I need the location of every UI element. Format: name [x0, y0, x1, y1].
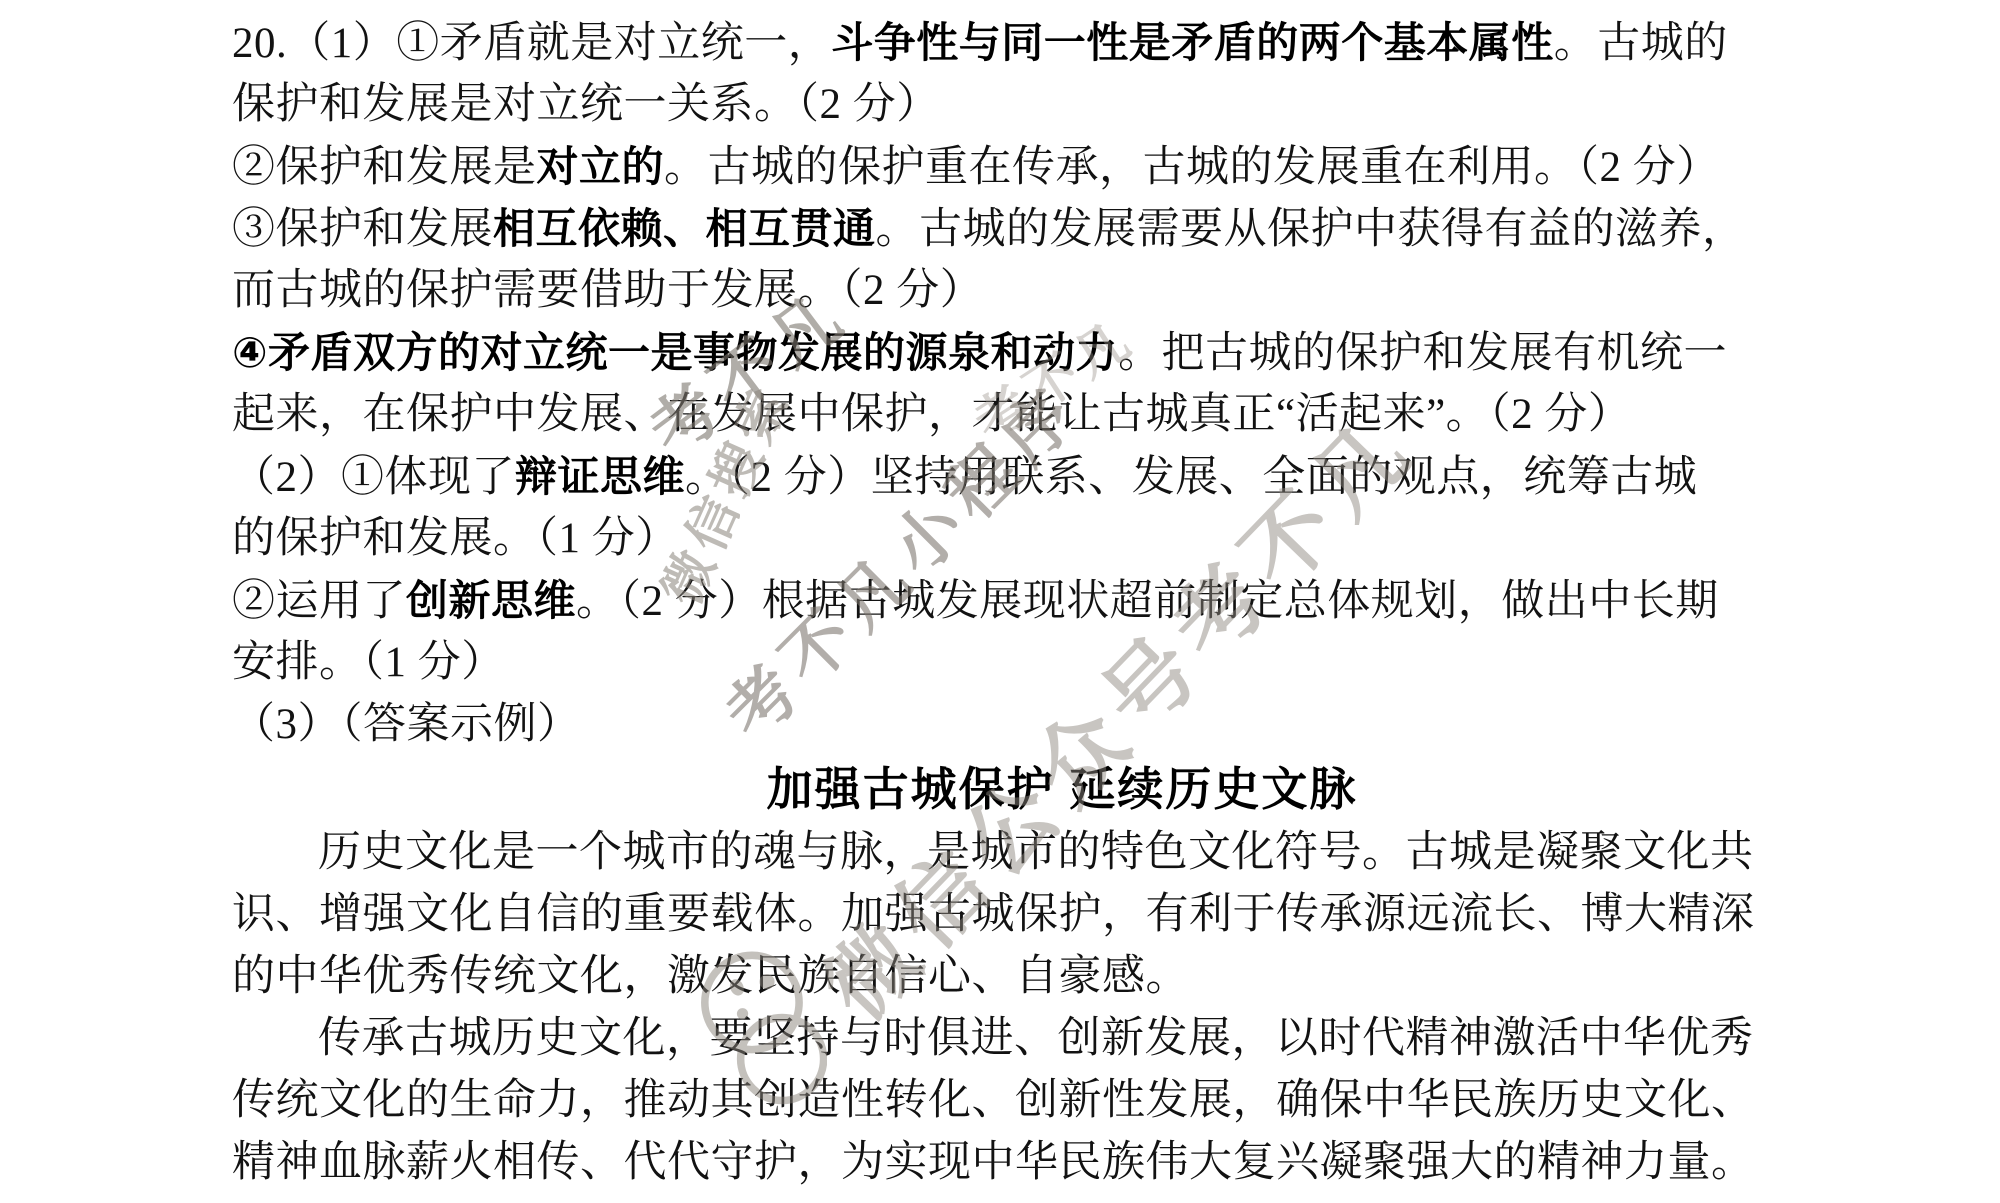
body-text: 传承古城历史文化，要坚持与时俱进、创新发展，以时代精神激活中华优秀: [318, 1015, 1754, 1062]
body-text: 。（2 分）根据古城发展现状超前制定总体规划，做出中长期: [576, 578, 1719, 625]
text-line: 历史文化是一个城市的魂与脉，是城市的特色文化符号。古城是凝聚文化共: [232, 822, 1712, 884]
body-text: 而古城的保护需要借助于发展。（2 分）: [232, 267, 983, 314]
body-text: ③保护和发展: [232, 206, 493, 253]
body-text: ②保护和发展是: [232, 144, 537, 191]
text-line: ④矛盾双方的对立统一是事物发展的源泉和动力。把古城的保护和发展有机统一: [232, 322, 1712, 384]
body-text: ②运用了: [232, 578, 406, 625]
emphasis-text: 加强古城保护 延续历史文脉: [767, 763, 1358, 815]
text-line: （2）①体现了辩证思维。（2 分）坚持用联系、发展、全面的观点，统筹古城: [232, 446, 1712, 508]
body-text: 安排。（1 分）: [232, 639, 505, 686]
text-line: 安排。（1 分）: [232, 632, 1712, 694]
body-text: 起来，在保护中发展、在发展中保护，才能让古城真正“活起来”。（2 分）: [232, 391, 1631, 438]
text-line: ③保护和发展相互依赖、相互贯通。古城的发展需要从保护中获得有益的滋养，: [232, 198, 1712, 260]
answer-essay-title: 加强古城保护 延续历史文脉: [232, 756, 1712, 822]
emphasis-text: 辩证思维: [515, 453, 685, 500]
body-text: 。古城的保护重在传承，古城的发展重在利用。（2 分）: [664, 144, 1720, 191]
document-text: 20.（1）①矛盾就是对立统一，斗争性与同一性是矛盾的两个基本属性。古城的保护和…: [232, 12, 1712, 1194]
emphasis-text: 斗争性与同一性是矛盾的两个基本属性: [831, 19, 1554, 66]
body-text: 。古城的: [1554, 20, 1728, 67]
text-line: 识、增强文化自信的重要载体。加强古城保护，有利于传承源远流长、博大精深: [232, 884, 1712, 946]
text-line: 的保护和发展。（1 分）: [232, 508, 1712, 570]
body-text: 。古城的发展需要从保护中获得有益的滋养，: [876, 206, 1746, 253]
body-text: 20.（1）①矛盾就是对立统一，: [232, 20, 831, 67]
text-line: 起来，在保护中发展、在发展中保护，才能让古城真正“活起来”。（2 分）: [232, 384, 1712, 446]
text-line: 传统文化的生命力，推动其创造性转化、创新性发展，确保中华民族历史文化、: [232, 1070, 1712, 1132]
body-text: 精神血脉薪火相传、代代守护，为实现中华民族伟大复兴凝聚强大的精神力量。: [232, 1139, 1755, 1186]
body-text: （2）①体现了: [232, 454, 515, 501]
text-line: 传承古城历史文化，要坚持与时俱进、创新发展，以时代精神激活中华优秀: [232, 1008, 1712, 1070]
text-line: 的中华优秀传统文化，激发民族自信心、自豪感。: [232, 946, 1712, 1008]
emphasis-text: 对立的: [537, 143, 665, 190]
body-text: 保护和发展是对立统一关系。（2 分）: [232, 81, 940, 128]
text-line: 20.（1）①矛盾就是对立统一，斗争性与同一性是矛盾的两个基本属性。古城的: [232, 12, 1712, 74]
body-text: 识、增强文化自信的重要载体。加强古城保护，有利于传承源远流长、博大精深: [232, 891, 1755, 938]
body-text: 。把古城的保护和发展有机统一: [1118, 330, 1727, 377]
answer-sheet-page: 20.（1）①矛盾就是对立统一，斗争性与同一性是矛盾的两个基本属性。古城的保护和…: [0, 0, 2000, 1203]
emphasis-text: 创新思维: [406, 577, 576, 624]
text-line: 保护和发展是对立统一关系。（2 分）: [232, 74, 1712, 136]
body-text: 的保护和发展。（1 分）: [232, 515, 679, 562]
emphasis-text: 相互依赖、相互贯通: [493, 205, 876, 252]
body-text: （3）（答案示例）: [232, 701, 581, 748]
text-line: ②运用了创新思维。（2 分）根据古城发展现状超前制定总体规划，做出中长期: [232, 570, 1712, 632]
text-line: 精神血脉薪火相传、代代守护，为实现中华民族伟大复兴凝聚强大的精神力量。: [232, 1132, 1712, 1194]
body-text: 。（2 分）坚持用联系、发展、全面的观点，统筹古城: [685, 454, 1697, 501]
text-line: 而古城的保护需要借助于发展。（2 分）: [232, 260, 1712, 322]
body-text: 传统文化的生命力，推动其创造性转化、创新性发展，确保中华民族历史文化、: [232, 1077, 1755, 1124]
emphasis-text: ④矛盾双方的对立统一是事物发展的源泉和动力: [232, 329, 1118, 376]
body-text: 历史文化是一个城市的魂与脉，是城市的特色文化符号。古城是凝聚文化共: [318, 829, 1754, 876]
body-text: 的中华优秀传统文化，激发民族自信心、自豪感。: [232, 953, 1189, 1000]
text-line: ②保护和发展是对立的。古城的保护重在传承，古城的发展重在利用。（2 分）: [232, 136, 1712, 198]
text-line: （3）（答案示例）: [232, 694, 1712, 756]
